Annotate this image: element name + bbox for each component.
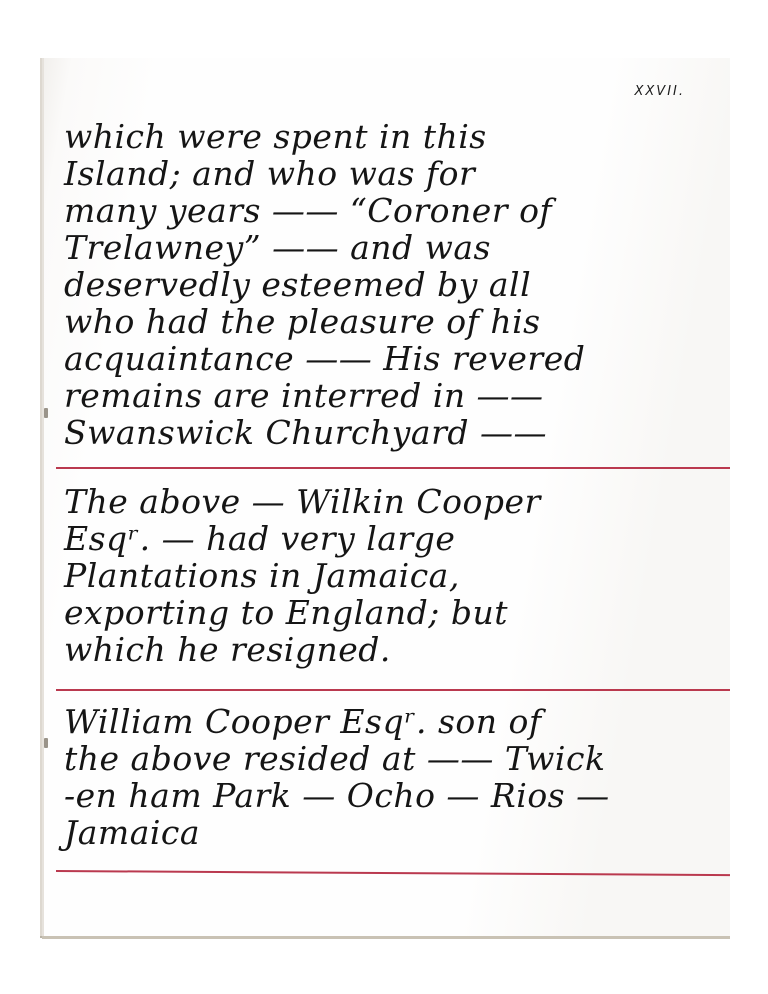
scan-background: XXVII. which were spent in this Island; … xyxy=(0,0,768,994)
text-line: exporting to England; but xyxy=(64,594,710,631)
text-line: remains are interred in —— xyxy=(64,377,710,414)
page-number: XXVII. xyxy=(634,84,685,99)
text-line: The above — Wilkin Cooper xyxy=(64,483,710,520)
binding-staple-mark xyxy=(44,738,48,748)
red-divider-rule xyxy=(56,689,730,691)
binding-staple-mark xyxy=(44,408,48,418)
text-line: Plantations in Jamaica, xyxy=(64,557,710,594)
text-line: Swanswick Churchyard —— xyxy=(64,414,710,451)
text-line: Trelawney” —— and was xyxy=(64,229,710,266)
text-line: deservedly esteemed by all xyxy=(64,266,710,303)
text-line: who had the pleasure of his xyxy=(64,303,710,340)
text-line: many years —— “Coroner of xyxy=(64,192,710,229)
paragraph-obituary: which were spent in this Island; and who… xyxy=(64,118,710,451)
red-divider-rule xyxy=(56,870,730,876)
text-line: William Cooper Esqʳ. son of xyxy=(64,703,710,740)
text-line: the above resided at —— Twick xyxy=(64,740,710,777)
text-line: which were spent in this xyxy=(64,118,710,155)
text-line: Esqʳ. — had very large xyxy=(64,520,710,557)
paragraph-plantations: The above — Wilkin Cooper Esqʳ. — had ve… xyxy=(64,483,710,668)
text-line: Island; and who was for xyxy=(64,155,710,192)
text-line: Jamaica xyxy=(64,814,710,851)
red-divider-rule xyxy=(56,467,730,469)
text-line: acquaintance —— His revered xyxy=(64,340,710,377)
manuscript-page: XXVII. which were spent in this Island; … xyxy=(40,58,730,936)
text-line: -en ham Park — Ocho — Rios — xyxy=(64,777,710,814)
text-line: which he resigned. xyxy=(64,631,710,668)
paragraph-william-cooper: William Cooper Esqʳ. son of the above re… xyxy=(64,703,710,851)
